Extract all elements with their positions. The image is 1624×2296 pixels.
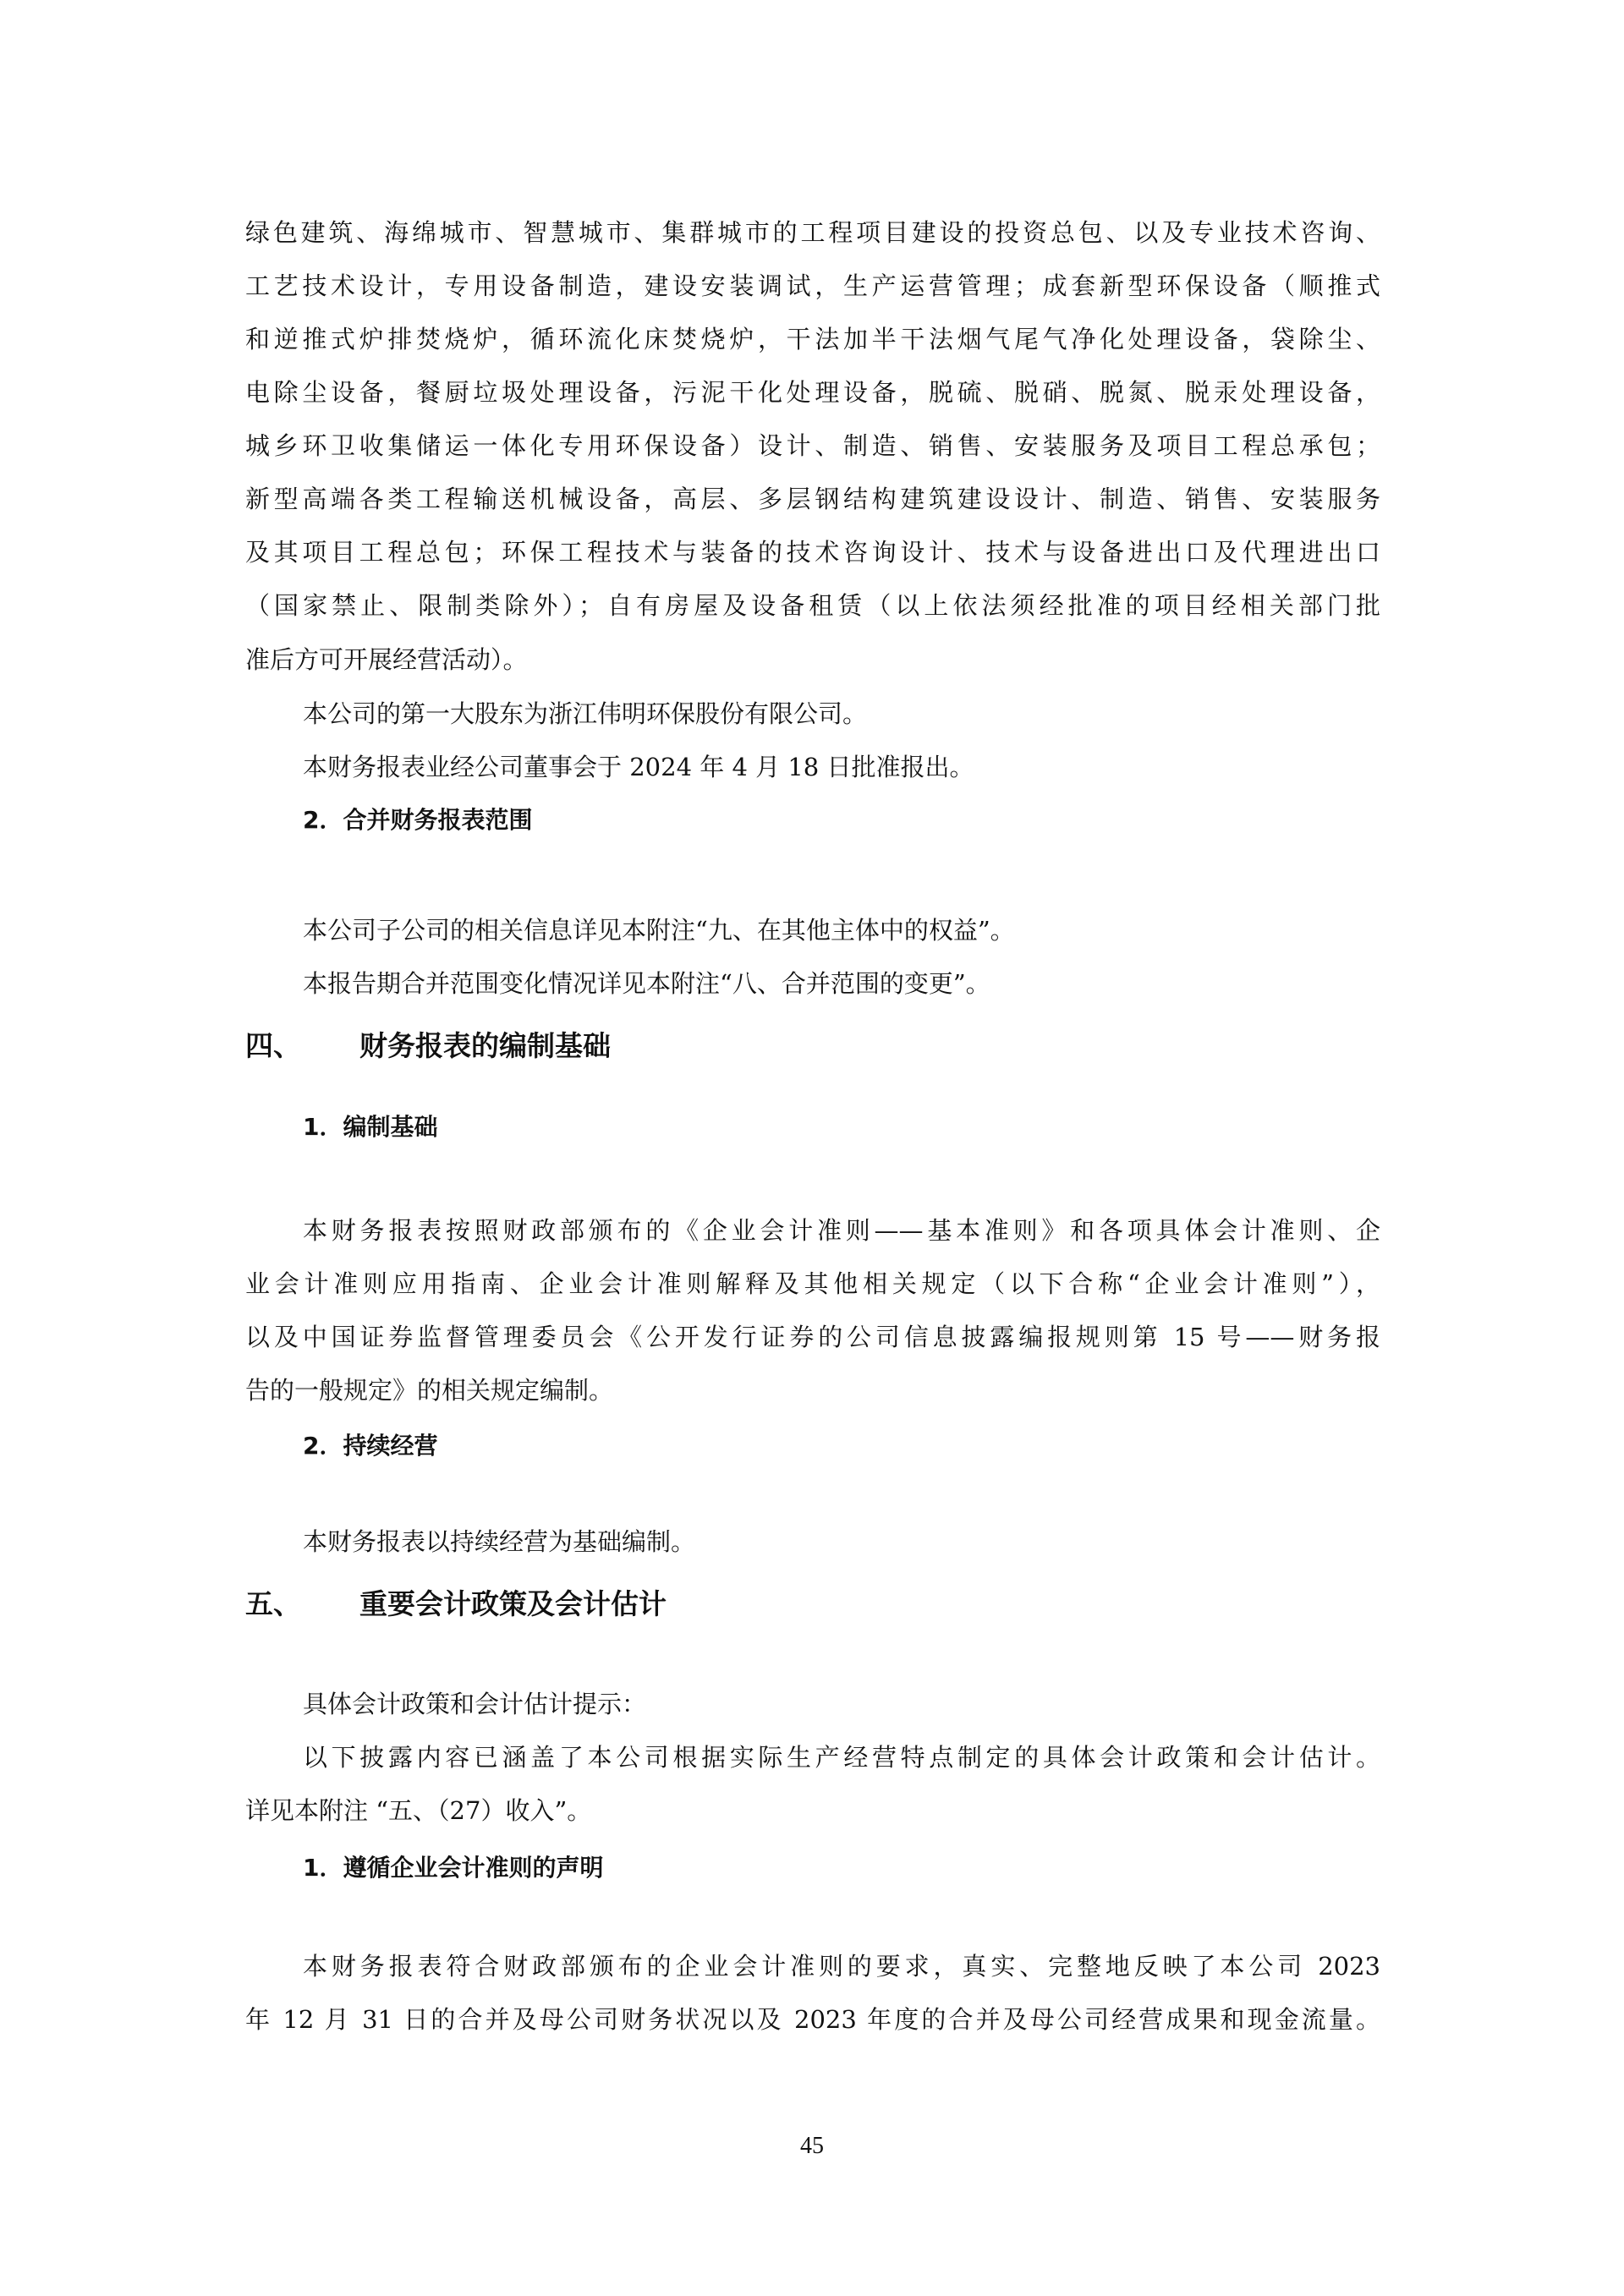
paragraph-line: 新型高端各类工程输送机械设备，高层、多层钢结构建筑建设设计、制造、销售、安装服务 (245, 484, 1380, 514)
paragraph-line: 本财务报表符合财政部颁布的企业会计准则的要求，真实、完整地反映了本公司 2023 (303, 1951, 1380, 1981)
paragraph-line: 告的一般规定》的相关规定编制。 (245, 1375, 1380, 1406)
paragraph-line: 本财务报表按照财政部颁布的《企业会计准则——基本准则》和各项具体会计准则、企 (303, 1215, 1380, 1246)
policy-hint-line: 具体会计政策和会计估计提示： (303, 1689, 646, 1719)
shareholder-statement: 本公司的第一大股东为浙江伟明环保股份有限公司。 (303, 699, 867, 729)
section-heading-4: 四、财务报表的编制基础 (245, 1029, 611, 1063)
consolidation-scope-line: 本公司子公司的相关信息详见本附注“九、在其他主体中的权益”。 (303, 915, 1015, 945)
paragraph-line: 城乡环卫收集储运一体化专用环保设备）设计、制造、销售、安装服务及项目工程总承包； (245, 430, 1380, 461)
section-heading-5: 五、重要会计政策及会计估计 (245, 1587, 667, 1621)
paragraph-line: 准后方可开展经营活动）。 (245, 644, 1380, 675)
approval-statement: 本财务报表业经公司董事会于 2024 年 4 月 18 日批准报出。 (303, 752, 974, 782)
subheading-compliance-statement: 1．遵循企业会计准则的声明 (303, 1853, 603, 1883)
section-title: 重要会计政策及会计估计 (359, 1587, 667, 1620)
going-concern-line: 本财务报表以持续经营为基础编制。 (303, 1526, 695, 1557)
section-number: 四、 (245, 1029, 359, 1063)
section-number: 五、 (245, 1587, 359, 1621)
paragraph-line: 工艺技术设计，专用设备制造，建设安装调试，生产运营管理；成套新型环保设备（顺推式 (245, 271, 1380, 301)
paragraph-line: 和逆推式炉排焚烧炉，循环流化床焚烧炉，干法加半干法烟气尾气净化处理设备，袋除尘、 (245, 324, 1380, 354)
paragraph-line: （国家禁止、限制类除外）；自有房屋及设备租赁（以上依法须经批准的项目经相关部门批 (245, 590, 1380, 621)
paragraph-line: 绿色建筑、海绵城市、智慧城市、集群城市的工程项目建设的投资总包、以及专业技术咨询… (245, 217, 1380, 248)
paragraph-line: 及其项目工程总包；环保工程技术与装备的技术咨询设计、技术与设备进出口及代理进出口 (245, 537, 1380, 567)
paragraph-line: 电除尘设备，餐厨垃圾处理设备，污泥干化处理设备，脱硫、脱硝、脱氮、脱汞处理设备， (245, 377, 1380, 408)
policy-hint-line: 以下披露内容已涵盖了本公司根据实际生产经营特点制定的具体会计政策和会计估计。 (303, 1742, 1380, 1773)
consolidation-scope-line: 本报告期合并范围变化情况详见本附注“八、合并范围的变更”。 (303, 968, 990, 999)
paragraph-line: 业会计准则应用指南、企业会计准则解释及其他相关规定（以下合称“企业会计准则”）， (245, 1269, 1380, 1299)
paragraph-line: 年 12 月 31 日的合并及母公司财务状况以及 2023 年度的合并及母公司经… (245, 2004, 1380, 2035)
subheading-going-concern: 2．持续经营 (303, 1431, 437, 1461)
document-page: 绿色建筑、海绵城市、智慧城市、集群城市的工程项目建设的投资总包、以及专业技术咨询… (0, 0, 1624, 2296)
page-number: 45 (0, 2133, 1624, 2160)
policy-hint-line: 详见本附注 “五、（27）收入”。 (245, 1795, 1380, 1826)
section-title: 财务报表的编制基础 (359, 1029, 611, 1062)
subheading-preparation-basis: 1．编制基础 (303, 1112, 437, 1143)
subheading-consolidation-scope: 2．合并财务报表范围 (303, 805, 532, 836)
paragraph-line: 以及中国证券监督管理委员会《公开发行证券的公司信息披露编报规则第 15 号——财… (245, 1322, 1380, 1352)
